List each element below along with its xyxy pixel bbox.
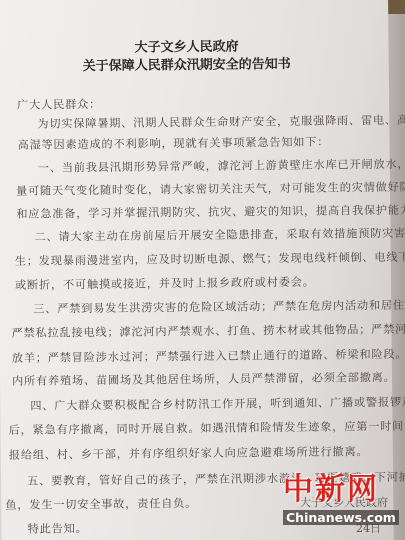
background-corner	[387, 0, 405, 14]
body-line: 四、广大群众要积极配合乡村防汛工作开展，听到通知、广播或警报锣声	[30, 394, 405, 414]
body-line: 鱼，发生一切安全事故，责任自负。	[5, 495, 197, 513]
body-line: 二、请大家主动在房前屋后开展安全隐患排查，采取有效措施预防灾害发	[34, 225, 405, 245]
watermark-logo-cn: 中新网	[283, 473, 393, 507]
body-line: 严禁私拉乱接电线；滹沱河内严禁观水、打鱼、捞木材或其他物品；严禁河内	[11, 321, 405, 341]
closing-line: 特此告知。	[27, 520, 87, 537]
document-title-subject: 关于保障人民群众汛期安全的告知书	[0, 52, 377, 75]
watermark: 中新网 Chinanews.com	[283, 473, 393, 526]
body-line: 一、当前我县汛期形势异常严峻，滹沱河上游黄壁庄水库已开闸放水，水	[38, 156, 405, 176]
body-line: 后，紧急有序撤离，同时开展自救。如遇汛情和险情发生迹象，应第一时间汇	[8, 418, 405, 438]
body-line: 高湿等因素造成的不利影响，现就有关事项紧急告知如下：	[17, 134, 329, 153]
paper-sheet: 大子文乡人民政府 关于保障人民群众汛期安全的告知书 广大人民群众： 为切实保障暑…	[0, 0, 394, 540]
body-line: 内所有养殖场、苗圃场及其他居住场所，人员严禁滞留，必须全部撤离。	[12, 369, 396, 389]
body-line: 生；发现暴雨漫进室内，应及时切断电源、燃气；发现电线杆倾倒、电线下垂	[15, 249, 405, 269]
body-line: 为切实保障暑期、汛期人民群众生命财产安全，克服强降雨、雷电、高温、	[37, 111, 405, 131]
watermark-logo-en: Chinanews.com	[283, 510, 399, 525]
body-line: 放羊；严禁冒险涉水过河；严禁强行进入已禁止通行的道路、桥梁和险段。河	[12, 346, 405, 366]
body-line: 报给组、村、乡干部，并有序组织好家人向应急避难场所进行撤离。	[9, 443, 369, 463]
body-line: 量可随天气变化随时变化，请大家密切关注天气，对可能发生的灾情做好防范	[16, 179, 405, 199]
body-line: 或断折，不可触摸或接近，并及时上报乡政府或村委会。	[15, 274, 315, 293]
body-line: 三、严禁到易发生洪涝灾害的危险区域活动；严禁在危房内活动和居住，	[33, 297, 405, 317]
body-line: 和应急准备，学习并掌握汛期防灾、抗灾、避灾的知识，提高自我保护能力。	[16, 202, 405, 222]
salutation: 广大人民群众：	[17, 96, 101, 113]
